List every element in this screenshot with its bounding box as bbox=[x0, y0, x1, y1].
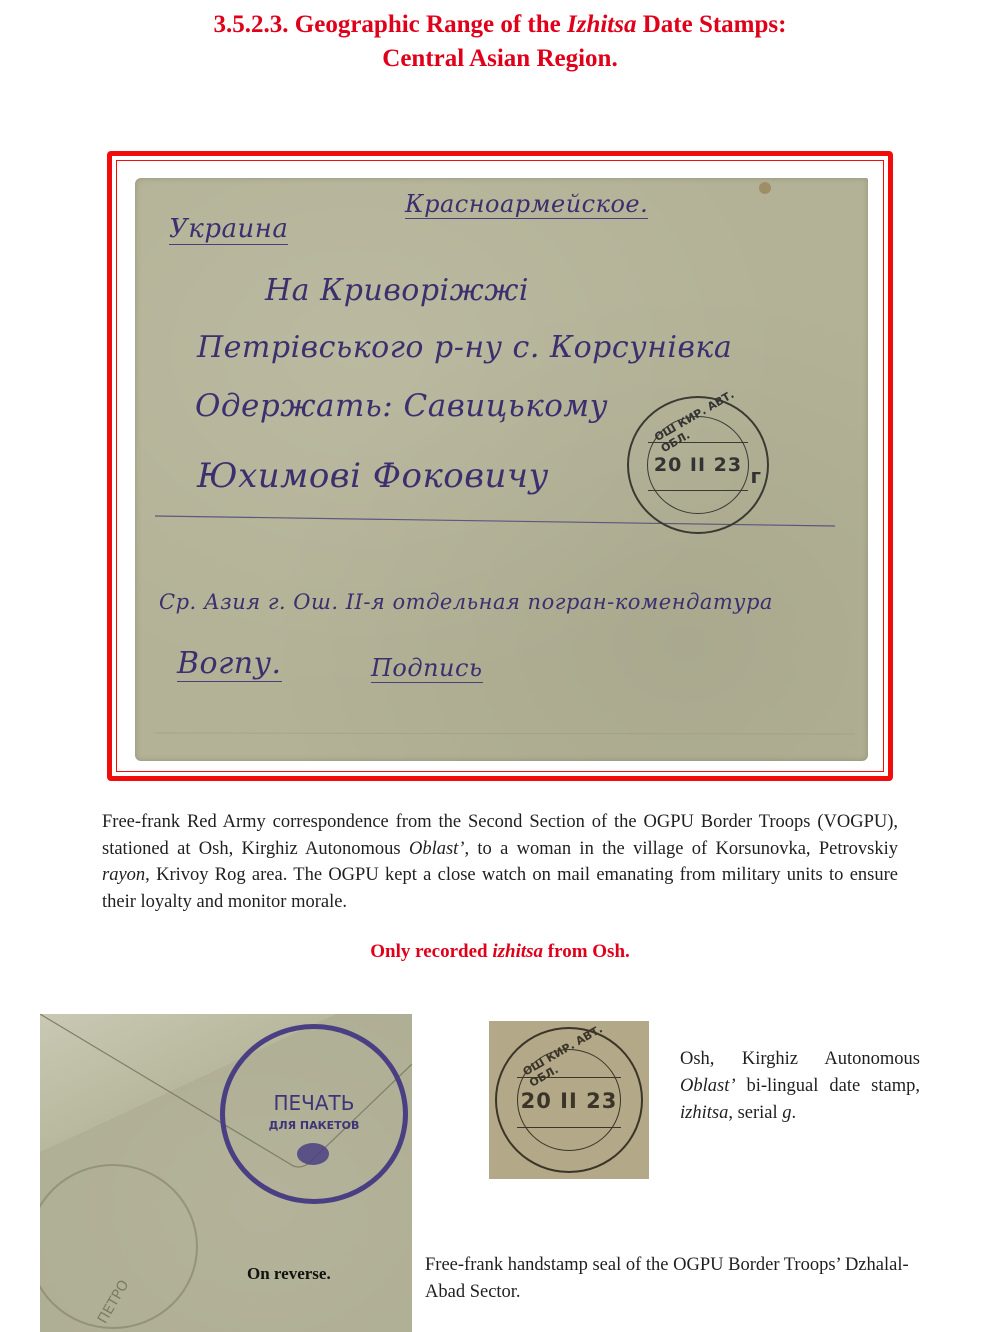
seal-emblem-icon bbox=[297, 1143, 329, 1165]
handwriting-signature: Подпись bbox=[371, 654, 483, 683]
highlight-note: Only recorded izhitsa from Osh. bbox=[0, 941, 1000, 963]
title-line-1: 3.5.2.3. Geographic Range of the Izhitsa… bbox=[0, 8, 1000, 42]
handwriting-sender-line-2: Вогпу. bbox=[177, 646, 282, 682]
handwriting-address-line-2: Петрівського р-ну с. Корсунівка bbox=[197, 330, 732, 365]
postmark-serial: г bbox=[751, 464, 761, 488]
envelope-caption: Free-frank Red Army correspondence from … bbox=[102, 809, 898, 915]
handwriting-sender-line-1: Ср. Азия г. Ош. II-я отдельная погран-ко… bbox=[159, 590, 773, 614]
transit-postmark-text: ПЕТРО bbox=[95, 1277, 133, 1326]
page-title: 3.5.2.3. Geographic Range of the Izhitsa… bbox=[0, 8, 1000, 76]
title-line-2: Central Asian Region. bbox=[0, 42, 1000, 76]
handwriting-address-line-3: Одержать: Савицькому bbox=[195, 388, 608, 424]
osh-stamp-detail-image: 20 II 23 ОШ КИР. АВТ. ОБЛ. bbox=[489, 1021, 649, 1179]
envelope-front-image: Украина Красноармейское. На Криворіжжі П… bbox=[135, 178, 868, 761]
postmark-bar-bottom bbox=[648, 490, 747, 491]
osh-postmark: 20 II 23 ОШ КИР. АВТ. ОБЛ. г bbox=[627, 396, 769, 534]
seal-caption: Free-frank handstamp seal of the OGPU Bo… bbox=[425, 1252, 945, 1306]
handwriting-address-line-1: На Криворіжжі bbox=[265, 273, 529, 308]
handwriting-destination-country: Украина bbox=[169, 214, 288, 245]
detail-bar-bottom bbox=[517, 1127, 621, 1128]
handwriting-address-line-4: Юхимові Фоковичу bbox=[197, 456, 549, 496]
detail-postmark-date: 20 II 23 bbox=[497, 1089, 641, 1113]
border-troops-seal: ПЕЧАТЬ ДЛЯ ПАКЕТОВ bbox=[220, 1024, 408, 1204]
seal-text-line-1: ПЕЧАТЬ bbox=[225, 1091, 403, 1115]
detail-postmark: 20 II 23 ОШ КИР. АВТ. ОБЛ. bbox=[495, 1027, 643, 1173]
envelope-reverse-image: ПЕЧАТЬ ДЛЯ ПАКЕТОВ ПЕТРО On reverse. bbox=[40, 1014, 412, 1332]
handwriting-top-note: Красноармейское. bbox=[405, 190, 648, 219]
on-reverse-label: On reverse. bbox=[247, 1264, 331, 1284]
osh-stamp-caption: Osh, Kirghiz Autonomous Oblast’ bi-lingu… bbox=[680, 1046, 920, 1127]
seal-text-line-2: ДЛЯ ПАКЕТОВ bbox=[225, 1119, 403, 1132]
postmark-date: 20 II 23 bbox=[629, 454, 767, 476]
